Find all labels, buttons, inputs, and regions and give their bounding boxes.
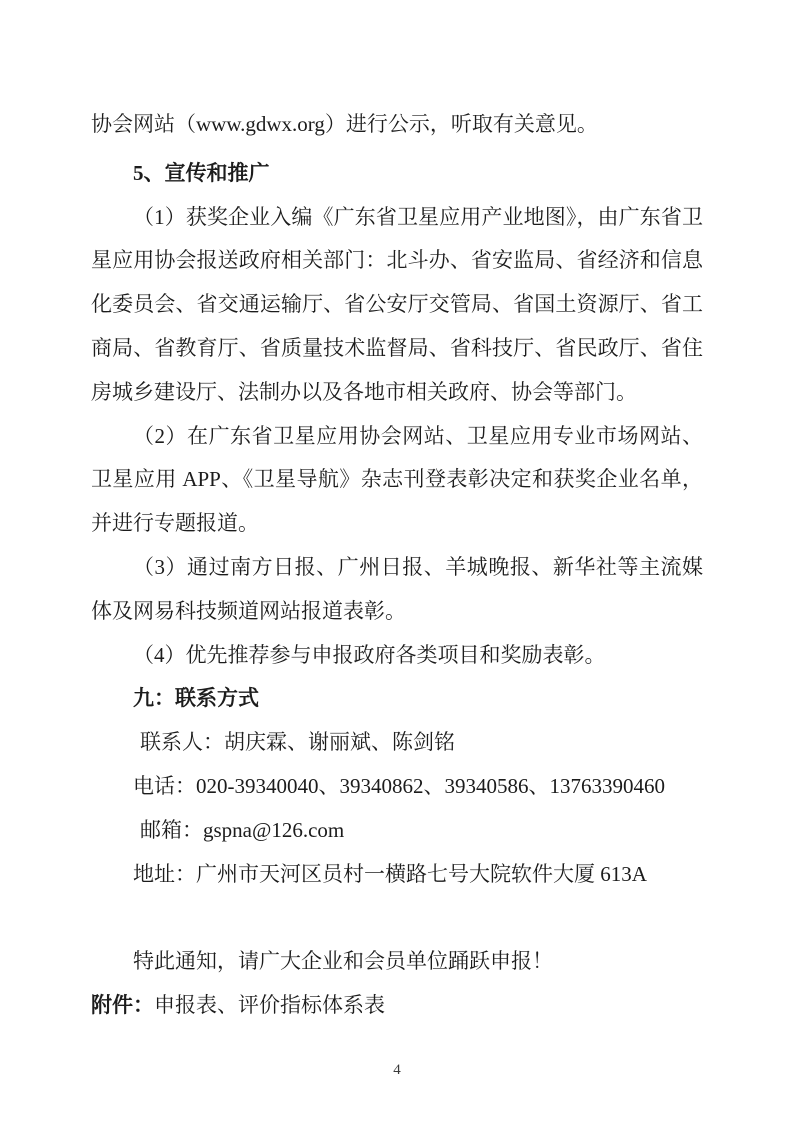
item1-line: （1）获奖企业入编《广东省卫星应用产业地图》，由广东省卫	[91, 196, 703, 240]
item1-line: 化委员会、省交通运输厅、省公安厅交管局、省国土资源厅、省工	[91, 283, 703, 327]
address-line: 地址：广州市天河区员村一横路七号大院软件大厦 613A	[91, 853, 703, 897]
item1-line-end: 房城乡建设厅、法制办以及各地市相关政府、协会等部门。	[91, 371, 703, 415]
email-line: 邮箱：gspna@126.com	[91, 809, 703, 853]
item1-line: 星应用协会报送政府相关部门：北斗办、省安监局、省经济和信息	[91, 239, 703, 283]
closing-line: 特此通知，请广大企业和会员单位踊跃申报！	[91, 940, 703, 984]
contact-person-line: 联系人：胡庆霖、谢丽斌、陈剑铭	[91, 721, 703, 765]
phone-line: 电话：020-39340040、39340862、39340586、137633…	[91, 765, 703, 809]
attachment-line: 附件：申报表、评价指标体系表	[91, 984, 703, 1028]
item2-line-end: 并进行专题报道。	[91, 502, 703, 546]
attachment-label: 附件：	[91, 993, 154, 1017]
item3-line-end: 体及网易科技频道网站报道表彰。	[91, 590, 703, 634]
item1-line: 商局、省教育厅、省质量技术监督局、省科技厅、省民政厅、省住	[91, 327, 703, 371]
section5-heading: 5、宣传和推广	[91, 152, 703, 196]
page-footer: 4	[0, 1062, 794, 1079]
document-body: 协会网站（www.gdwx.org）进行公示，听取有关意见。 5、宣传和推广 （…	[91, 103, 703, 1028]
section9-heading: 九：联系方式	[91, 677, 703, 721]
intro-paragraph-end: 协会网站（www.gdwx.org）进行公示，听取有关意见。	[91, 103, 703, 147]
item2-line: 卫星应用 APP、《卫星导航》杂志刊登表彰决定和获奖企业名单，	[91, 458, 703, 502]
document-page: 协会网站（www.gdwx.org）进行公示，听取有关意见。 5、宣传和推广 （…	[0, 0, 794, 1123]
item4-line: （4）优先推荐参与申报政府各类项目和奖励表彰。	[91, 634, 703, 678]
page-number: 4	[393, 1062, 401, 1078]
blank-line	[91, 896, 703, 940]
attachment-value: 申报表、评价指标体系表	[154, 993, 385, 1017]
item3-line: （3）通过南方日报、广州日报、羊城晚报、新华社等主流媒	[91, 546, 703, 590]
item2-line: （2）在广东省卫星应用协会网站、卫星应用专业市场网站、	[91, 415, 703, 459]
